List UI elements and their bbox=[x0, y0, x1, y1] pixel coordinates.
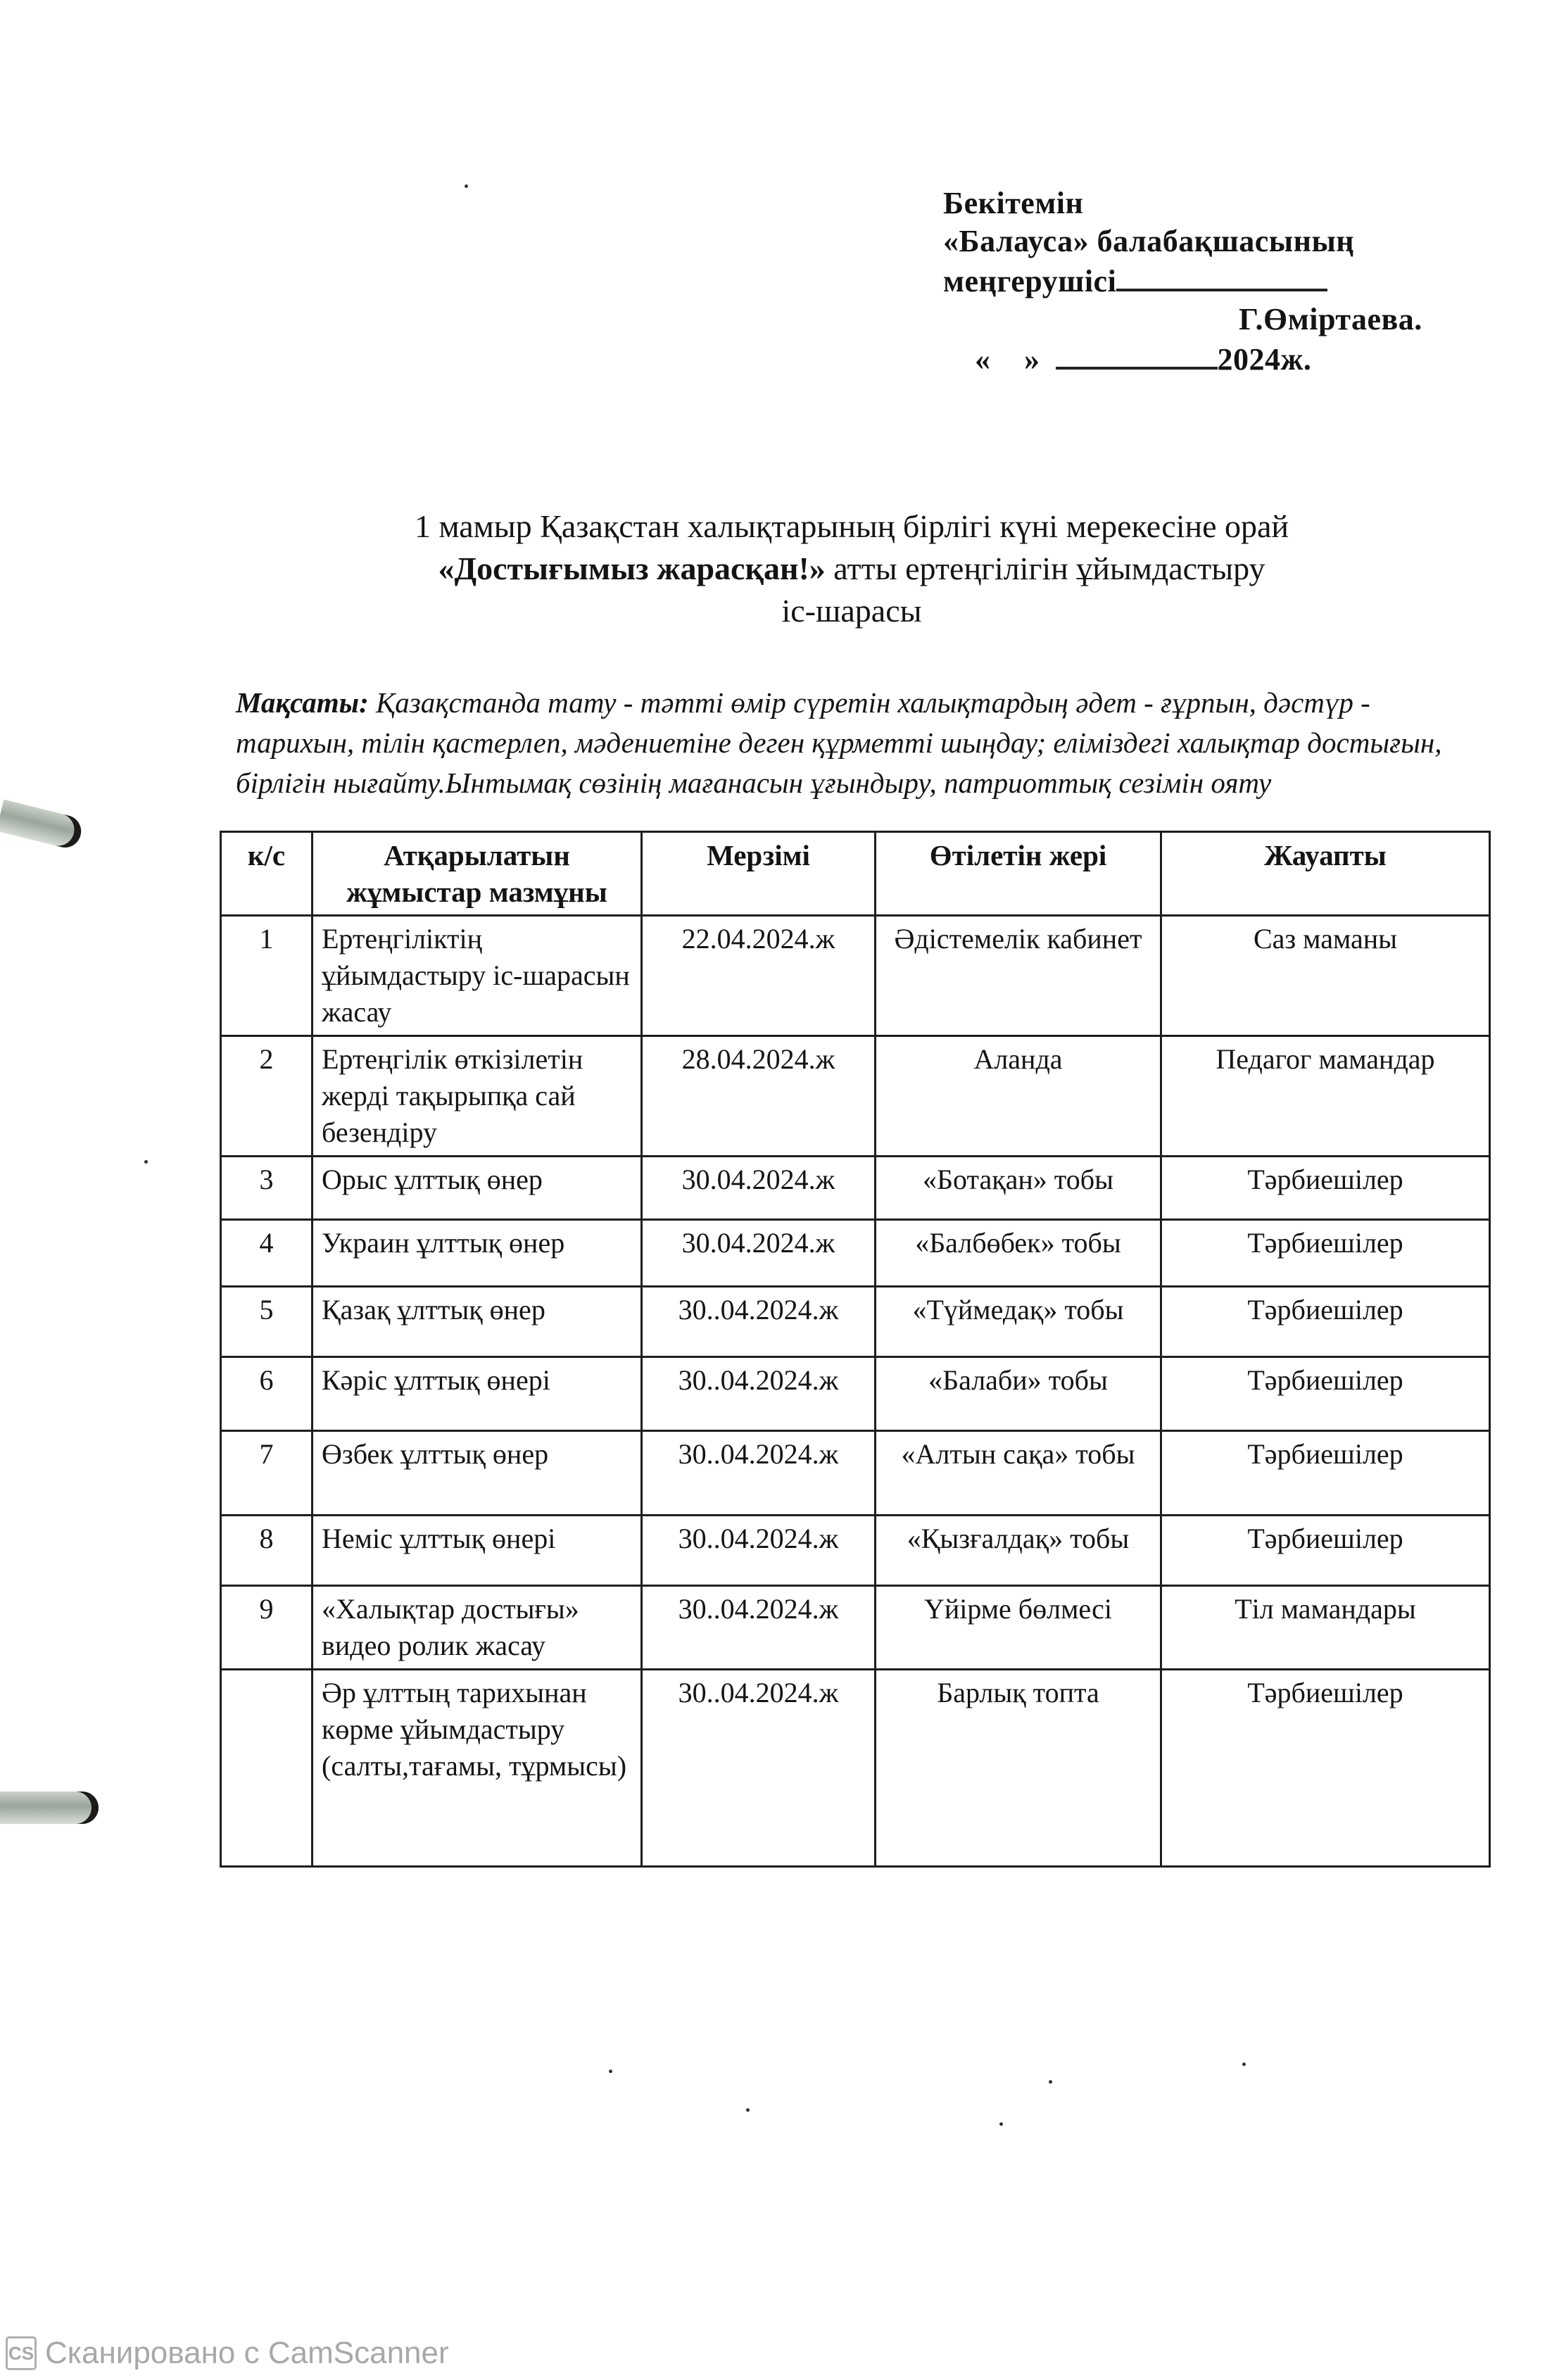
row-place: «Алтын сақа» тобы bbox=[876, 1431, 1161, 1516]
goal-label: Мақсаты: bbox=[236, 686, 369, 719]
approval-block: Бекітемін «Балауса» балабақшасының меңге… bbox=[943, 184, 1506, 379]
row-number: 5 bbox=[221, 1287, 313, 1357]
row-responsible: Тәрбиешілер bbox=[1161, 1157, 1490, 1220]
title-line-2: «Достығымыз жарасқан!» атты ертеңгілігін… bbox=[282, 548, 1422, 590]
row-date: 28.04.2024.ж bbox=[642, 1036, 876, 1157]
title-line-2-rest: атты ертеңгілігін ұйымдастыру bbox=[833, 550, 1265, 586]
row-date: 30.04.2024.ж bbox=[642, 1157, 876, 1220]
row-task: Өзбек ұлттық өнер bbox=[313, 1431, 642, 1516]
row-place: «Ботақан» тобы bbox=[876, 1157, 1161, 1220]
document-title: 1 мамыр Қазақстан халықтарының бірлігі к… bbox=[282, 505, 1422, 632]
goal-text: Қазақстанда тату - тәтті өмір сүретін ха… bbox=[236, 686, 1441, 799]
table-row: 2Ертеңгілік өткізілетін жерді тақырыпқа … bbox=[221, 1036, 1490, 1157]
row-responsible: Тәрбиешілер bbox=[1161, 1670, 1490, 1867]
row-place: «Балаби» тобы bbox=[876, 1357, 1161, 1431]
header-responsible: Жауапты bbox=[1161, 832, 1490, 916]
row-date: 30..04.2024.ж bbox=[642, 1670, 876, 1867]
header-date: Мерзімі bbox=[642, 832, 876, 916]
row-number: 4 bbox=[221, 1220, 313, 1287]
row-task: Әр ұлттың тарихынан көрме ұйымдастыру (с… bbox=[313, 1670, 642, 1867]
scan-speck bbox=[746, 2108, 750, 2112]
event-plan-table: к/с Атқарылатын жұмыстар мазмұны Мерзімі… bbox=[220, 831, 1491, 1868]
table-header-row: к/с Атқарылатын жұмыстар мазмұны Мерзімі… bbox=[221, 832, 1490, 916]
table-row: 3Орыс ұлттық өнер30.04.2024.ж«Ботақан» т… bbox=[221, 1157, 1490, 1220]
scan-speck bbox=[609, 2070, 612, 2073]
row-number: 8 bbox=[221, 1516, 313, 1586]
table-row: 7Өзбек ұлттық өнер30..04.2024.ж«Алтын са… bbox=[221, 1431, 1490, 1516]
table-row: 8Неміс ұлттық өнері30..04.2024.ж«Қызғалд… bbox=[221, 1516, 1490, 1586]
row-number: 1 bbox=[221, 916, 313, 1036]
table-row: 9«Халықтар достығы» видео ролик жасау30.… bbox=[221, 1586, 1490, 1670]
row-task: Кәріс ұлттық өнері bbox=[313, 1357, 642, 1431]
row-date: 30.04.2024.ж bbox=[642, 1220, 876, 1287]
scan-speck bbox=[144, 1160, 148, 1164]
position-label: меңгерушісі bbox=[943, 264, 1116, 298]
row-place: «Балбөбек» тобы bbox=[876, 1220, 1161, 1287]
table-body: 1Ертеңгіліктің ұйымдастыру іс-шарасын жа… bbox=[221, 916, 1490, 1867]
title-line-1: 1 мамыр Қазақстан халықтарының бірлігі к… bbox=[282, 505, 1422, 548]
row-responsible: Тәрбиешілер bbox=[1161, 1220, 1490, 1287]
header-task: Атқарылатын жұмыстар мазмұны bbox=[313, 832, 642, 916]
camscanner-watermark: CS Сканировано с CamScanner bbox=[6, 2336, 449, 2371]
row-task: Ертеңгілік өткізілетін жерді тақырыпқа с… bbox=[313, 1036, 642, 1157]
staple bbox=[0, 1792, 99, 1824]
row-date: 30..04.2024.ж bbox=[642, 1516, 876, 1586]
approval-position: меңгерушісі bbox=[943, 260, 1506, 301]
row-place: «Түймедақ» тобы bbox=[876, 1287, 1161, 1357]
scan-speck bbox=[1242, 2063, 1246, 2066]
row-responsible: Педагог мамандар bbox=[1161, 1036, 1490, 1157]
approval-organization: «Балауса» балабақшасының bbox=[943, 222, 1506, 260]
scan-speck bbox=[999, 2122, 1003, 2126]
row-number: 7 bbox=[221, 1431, 313, 1516]
row-number: 3 bbox=[221, 1157, 313, 1220]
approval-date: «»2024ж. bbox=[943, 339, 1506, 379]
signature-line bbox=[1116, 260, 1327, 291]
row-responsible: Тіл мамандары bbox=[1161, 1586, 1490, 1670]
row-date: 30..04.2024.ж bbox=[642, 1431, 876, 1516]
row-responsible: Тәрбиешілер bbox=[1161, 1431, 1490, 1516]
row-number: 6 bbox=[221, 1357, 313, 1431]
table-row: 1Ертеңгіліктің ұйымдастыру іс-шарасын жа… bbox=[221, 916, 1490, 1036]
row-responsible: Тәрбиешілер bbox=[1161, 1287, 1490, 1357]
date-open-quote: « bbox=[975, 341, 1024, 379]
row-task: Ертеңгіліктің ұйымдастыру іс-шарасын жас… bbox=[313, 916, 642, 1036]
row-date: 22.04.2024.ж bbox=[642, 916, 876, 1036]
scan-speck bbox=[1049, 2080, 1052, 2084]
row-place: Аланда bbox=[876, 1036, 1161, 1157]
watermark-text: Сканировано с CamScanner bbox=[45, 2336, 449, 2371]
row-number bbox=[221, 1670, 313, 1867]
row-date: 30..04.2024.ж bbox=[642, 1287, 876, 1357]
header-place: Өтілетін жері bbox=[876, 832, 1161, 916]
row-place: Әдістемелік кабинет bbox=[876, 916, 1161, 1036]
scan-speck bbox=[465, 184, 468, 188]
approval-heading: Бекітемін bbox=[943, 184, 1506, 222]
row-task: Украин ұлттық өнер bbox=[313, 1220, 642, 1287]
goal-paragraph: Мақсаты: Қазақстанда тату - тәтті өмір с… bbox=[236, 683, 1489, 803]
row-responsible: Тәрбиешілер bbox=[1161, 1357, 1490, 1431]
row-place: «Қызғалдақ» тобы bbox=[876, 1516, 1161, 1586]
row-number: 2 bbox=[221, 1036, 313, 1157]
row-task: «Халықтар достығы» видео ролик жасау bbox=[313, 1586, 642, 1670]
row-place: Үйірме бөлмесі bbox=[876, 1586, 1161, 1670]
header-number: к/с bbox=[221, 832, 313, 916]
table-row: Әр ұлттың тарихынан көрме ұйымдастыру (с… bbox=[221, 1670, 1490, 1867]
row-date: 30..04.2024.ж bbox=[642, 1357, 876, 1431]
approval-name: Г.Өміртаева. bbox=[943, 301, 1506, 339]
date-close-quote: » bbox=[1024, 342, 1040, 377]
table-row: 4Украин ұлттық өнер30.04.2024.ж«Балбөбек… bbox=[221, 1220, 1490, 1287]
camscanner-logo-icon: CS bbox=[6, 2336, 37, 2370]
row-responsible: Тәрбиешілер bbox=[1161, 1516, 1490, 1586]
approval-year: 2024ж. bbox=[1218, 342, 1312, 377]
row-task: Орыс ұлттық өнер bbox=[313, 1157, 642, 1220]
row-task: Қазақ ұлттық өнер bbox=[313, 1287, 642, 1357]
row-date: 30..04.2024.ж bbox=[642, 1586, 876, 1670]
row-responsible: Саз маманы bbox=[1161, 916, 1490, 1036]
event-name: «Достығымыз жарасқан!» bbox=[438, 550, 825, 586]
row-place: Барлық топта bbox=[876, 1670, 1161, 1867]
date-blank-line bbox=[1056, 339, 1218, 370]
title-line-3: іс-шарасы bbox=[282, 590, 1422, 632]
row-task: Неміс ұлттық өнері bbox=[313, 1516, 642, 1586]
table-row: 6Кәріс ұлттық өнері30..04.2024.ж«Балаби»… bbox=[221, 1357, 1490, 1431]
row-number: 9 bbox=[221, 1586, 313, 1670]
table-row: 5Қазақ ұлттық өнер30..04.2024.ж«Түймедақ… bbox=[221, 1287, 1490, 1357]
staple bbox=[0, 800, 84, 851]
